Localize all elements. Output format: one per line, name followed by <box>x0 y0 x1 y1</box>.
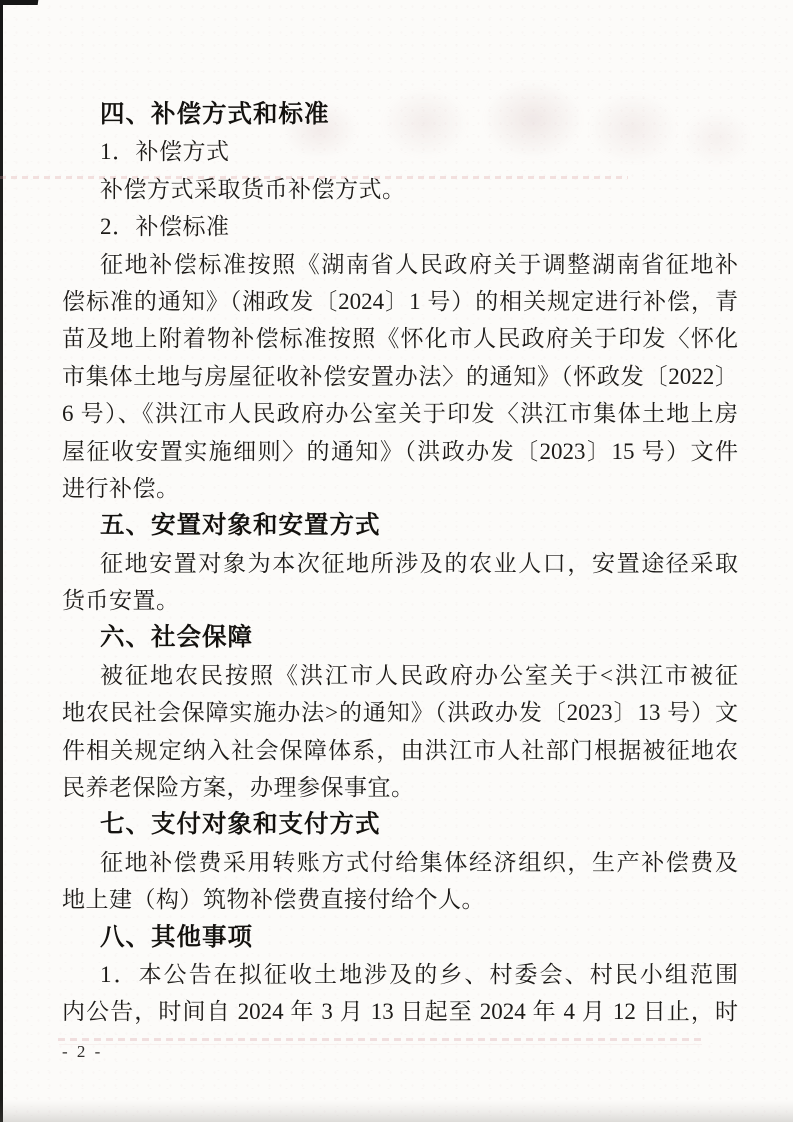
text-line: 征地补偿标准按照《湖南省人民政府关于调整湖南省征地补 <box>62 246 738 283</box>
text-line: 苗及地上附着物补偿标准按照《怀化市人民政府关于印发〈怀化 <box>62 320 738 357</box>
top-left-scan-mark-artifact <box>0 0 38 5</box>
text-line: 地农民社会保障实施办法>的通知》（洪政办发〔2023〕13 号）文 <box>62 694 738 731</box>
text-line: 2．补偿标准 <box>62 208 738 245</box>
section-heading: 五、安置对象和安置方式 <box>62 507 738 544</box>
text-line: 内公告，时间自 2024 年 3 月 13 日起至 2024 年 4 月 12 … <box>62 993 738 1030</box>
text-line: 1．本公告在拟征收土地涉及的乡、村委会、村民小组范围 <box>62 956 738 993</box>
text-line: 偿标准的通知》（湘政发〔2024〕1 号）的相关规定进行补偿，青 <box>62 283 738 320</box>
page-number: - 2 - <box>62 1042 103 1062</box>
text-line: 6 号）、《洪江市人民政府办公室关于印发〈洪江市集体土地上房 <box>62 395 738 432</box>
text-line: 民养老保险方案，办理参保事宜。 <box>62 769 738 806</box>
bottom-scan-shadow-artifact <box>0 1100 793 1122</box>
scanned-document-page: 四、补偿方式和标准1．补偿方式补偿方式采取货币补偿方式。2．补偿标准征地补偿标准… <box>0 0 793 1122</box>
text-line: 地上建（构）筑物补偿费直接付给个人。 <box>62 881 738 918</box>
bleed-through-rule-bottom <box>58 1038 703 1041</box>
section-heading: 六、社会保障 <box>62 619 738 656</box>
text-line: 1．补偿方式 <box>62 133 738 170</box>
text-line: 市集体土地与房屋征收补偿安置办法〉的通知》（怀政发〔2022〕 <box>62 358 738 395</box>
text-line: 补偿方式采取货币补偿方式。 <box>62 171 738 208</box>
text-line: 进行补偿。 <box>62 470 738 507</box>
text-line: 征地安置对象为本次征地所涉及的农业人口，安置途径采取 <box>62 545 738 582</box>
section-heading: 七、支付对象和支付方式 <box>62 806 738 843</box>
section-heading: 四、补偿方式和标准 <box>62 96 738 133</box>
text-line: 屋征收安置实施细则〉的通知》（洪政办发〔2023〕15 号）文件 <box>62 433 738 470</box>
document-body: 四、补偿方式和标准1．补偿方式补偿方式采取货币补偿方式。2．补偿标准征地补偿标准… <box>62 96 738 1031</box>
text-line: 货币安置。 <box>62 582 738 619</box>
text-line: 征地补偿费采用转账方式付给集体经济组织，生产补偿费及 <box>62 844 738 881</box>
section-heading: 八、其他事项 <box>62 919 738 956</box>
left-scan-edge-artifact <box>0 0 3 1122</box>
text-line: 件相关规定纳入社会保障体系，由洪江市人社部门根据被征地农 <box>62 732 738 769</box>
text-line: 被征地农民按照《洪江市人民政府办公室关于<洪江市被征 <box>62 657 738 694</box>
